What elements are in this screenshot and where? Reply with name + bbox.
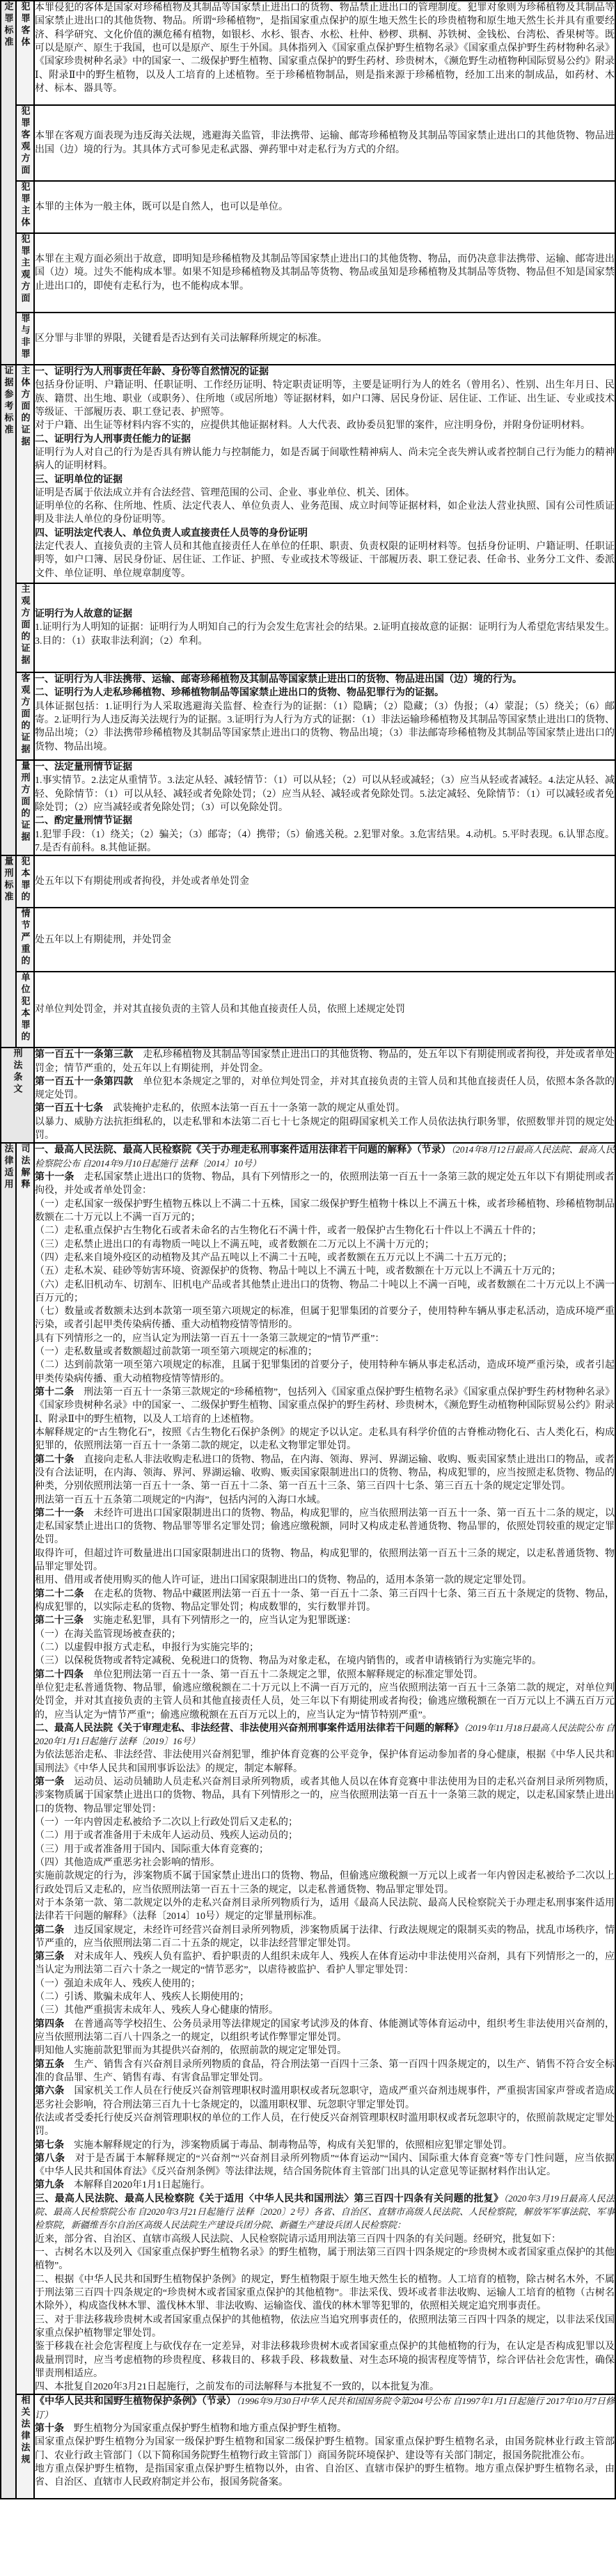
paragraph: 三、对于非法移栽珍贵树木或者国家重点保护的其他植物，依法应当追究刑事责任的，依照… (35, 2314, 615, 2341)
doc-table: 定罪标准犯罪客体本罪侵犯的客体是国家对珍稀植物及其制品等国家禁止进出口的货物、物… (0, 0, 616, 2499)
text-run: 本解释自2020年1月1日起施行。 (64, 2180, 210, 2190)
text-run: 生产、销售含有兴奋剂目录所列物质的食品，符合刑法第一百四十三条、第一百四十四条规… (35, 2060, 615, 2083)
text-run: （五）走私木炭、硅砂等妨害环境、资源保护的货物、物品十吨以上不满五十吨，或者数额… (35, 1266, 561, 1277)
table-row: 量刑方面的证据一、法定量刑情节证据1.事实情节。2.法定从重情节。3.法定从轻、… (1, 760, 615, 855)
paragraph: 具有下列情形之一的，应当认定为刑法第一百五十一条第三款规定的“情节严重”： (35, 1332, 615, 1345)
paragraph: 以暴力、威胁方法抗拒缉私的，以走私罪和本法第二百七十七条规定的阻碍国家机关工作人… (35, 1116, 615, 1143)
paragraph: （一）强迫未成年人、残疾人使用的； (35, 1977, 615, 1991)
table-row: 主观方面的证据证明行为人故意的证据1.证明行为人明知的证据：证明行为人明知自己的… (1, 583, 615, 672)
paragraph: 依法或者受委托行使反兴奋剂管理职权的单位的工作人员，在行使反兴奋剂管理职权时滥用… (35, 2112, 615, 2139)
paragraph: 第十条 野生植物分为国家重点保护野生植物和地方重点保护野生植物。 (35, 2422, 615, 2435)
row-content: 一、证明行为人刑事责任年龄、身份等自然情况的证据包括身份证明、户籍证明、任职证明… (34, 365, 615, 583)
text-run: 具体证据包括：1.证明行为人采取逃避海关监督、检查行为的证据：（1）隐瞒；（2）… (35, 702, 615, 752)
text-run: 国家机关工作人员在行使反兴奋剂管理职权时滥用职权或者玩忽职守，造成严重兴奋剂违规… (35, 2086, 615, 2110)
paragraph: 证明单位的名称、住所地、性质、法定代表人、单位负责人、业务范围、成立时间等证据材… (35, 500, 615, 527)
paragraph: 第二十四条 单位犯刑法第一百五十一条、第一百五十二条规定之罪，依照本解释规定的标… (35, 1668, 615, 1682)
text-run: 第一百五十一条第三款 (35, 1050, 133, 1060)
text-run: （六）走私旧机动车、切割车、旧机电产品或者其他禁止进出口的货物、物品二十吨以上不… (35, 1280, 615, 1304)
text-run: 取得许可，但超过许可数量进出口国家限制进出口的货物、物品，构成犯罪的，依照刑法第… (35, 1549, 615, 1572)
subcategory-label-text: 相关法律法规 (21, 2395, 30, 2466)
paragraph: （四）走私来自境外疫区的动植物及其产品五吨以上不满二十五吨，或者数额在五万元以上… (35, 1251, 615, 1265)
row-content: 第一百五十一条第三款 走私珍稀植物及其制品等国家禁止进出口的其他货物、物品的，处… (34, 1048, 615, 1143)
paragraph: 证明是否属于依法成立并有合法经营、管理范围的公司、企业、事业单位、机关、团体。 (35, 487, 615, 500)
row-content: 区分罪与非罪的界限，关键看是否达到有关司法解释所规定的标准。 (34, 313, 615, 365)
paragraph: 1.证明行为人明知的证据：证明行为人明知自己的行为会发生危害社会的结果。2.证明… (35, 621, 615, 648)
paragraph: 本罪在主观方面必须出于故意，即明知是珍稀植物及其制品等国家禁止进出口的其他货物、… (35, 253, 615, 293)
paragraph: （一）走私国家一级保护野生植物五株以上不满二十五株，国家二级保护野生植物十株以上… (35, 1198, 615, 1225)
subcategory-label-text: 主体方面的证据 (21, 365, 30, 448)
text-run: （三）用于或者准备用于国内、国际重大体育竞赛的； (35, 1844, 269, 1855)
text-run: 第二条 (35, 1925, 64, 1936)
paragraph: （二）走私重点保护古生物化石或者未命名的古生物化石不满十件，或者一般保护古生物化… (35, 1224, 615, 1238)
subcategory-label: 司法解释 (16, 1143, 34, 2394)
text-run: 一、最高人民法院、最高人民检察院《关于办理走私刑事案件适用法律若干问题的解释》（… (35, 1145, 451, 1155)
paragraph: 一、证明行为人非法携带、运输、邮寄珍稀植物及其制品等国家禁止进出口的货物、物品进… (35, 673, 615, 686)
text-run: 第十条 (35, 2424, 64, 2434)
text-run: 对单位判处罚金，并对其直接负责的主管人员和其他直接责任人员，依照上述规定处罚 (35, 1004, 405, 1015)
paragraph: 实施前款规定的行为，涉案物质不属于国家禁止进出口的货物、物品，但偷逃应缴税额一万… (35, 1870, 615, 1897)
text-run: 《中华人民共和国野生植物保护条例》（节录） (35, 2396, 236, 2407)
text-run: 三、最高人民法院、最高人民检察院《关于适用〈中华人民共和国刑法〉第三百四十四条有… (35, 2194, 503, 2204)
paragraph: 第二十一条 未经许可进出口国家限制进出口的货物、物品，构成犯罪的，应当依照刑法第… (35, 1507, 615, 1547)
text-run: 第三条 (35, 1952, 64, 1962)
paragraph: 四、本批复自2020年3月21日起施行，之前发布的司法解释与本批复不一致的，以本… (35, 2380, 615, 2394)
table-row: 罪与非罪区分罪与非罪的界限，关键看是否达到有关司法解释所规定的标准。 (1, 313, 615, 365)
row-content: 处五年以下有期徒刑或者拘役，并处或者单处罚金 (34, 855, 615, 908)
paragraph: 1.事实情节。2.法定从重情节。3.法定从轻、减轻情节：（1）可以从轻；（2）可… (35, 774, 615, 814)
row-content: 处五年以上有期徒刑，并处罚金 (34, 908, 615, 972)
paragraph: 处五年以下有期徒刑或者拘役，并处或者单处罚金 (35, 875, 615, 888)
text-run: 具有下列情形之一的，应当认定为刑法第一百五十一条第三款规定的“情节严重”： (35, 1334, 384, 1344)
text-run: 证明行为人对自己的行为是否具有辨认能力与控制能力，如是否属于间歇性精神病人、尚未… (35, 448, 615, 471)
paragraph: 第二十三条 实施走私犯罪，具有下列情形之一的，应当认定为犯罪既遂： (35, 1614, 615, 1627)
row-content: 本罪在客观方面表现为违反海关法规，逃避海关监管，非法携带、运输、邮寄珍稀植物及其… (34, 105, 615, 181)
text-run: （一）走私数量或者数额超过前款第一项至第六项规定的标准的； (35, 1347, 317, 1357)
text-run: 依法或者受委托行使反兴奋剂管理职权的单位的工作人员，在行使反兴奋剂管理职权时滥用… (35, 2113, 615, 2137)
paragraph: （一）在海关监管现场被查获的； (35, 1628, 615, 1641)
paragraph: 二、证明行为人走私珍稀植物、珍稀植物制品等国家禁止进出口的货物、物品犯罪行为的证… (35, 686, 615, 700)
text-run: 本罪的主体为一般主体，既可以是自然人，也可以是单位。 (35, 202, 288, 212)
paragraph: （三）走私禁止进出口的有毒物质一吨以上不满五吨，或者数额在二万元以上不满十万元的… (35, 1238, 615, 1251)
paragraph: 一、法定量刑情节证据 (35, 761, 615, 774)
subcategory-label: 犯罪客体 (16, 1, 34, 105)
paragraph: 地方重点保护野生植物，是指国家重点保护野生植物以外，由省、自治区、直辖市保护的野… (35, 2463, 615, 2490)
paragraph: 二、酌定量刑情节证据 (35, 814, 615, 828)
paragraph: 第八条 对于是否属于本解释规定的“兴奋剂”“兴奋剂目录所列物质”“体育运动”“国… (35, 2152, 615, 2179)
paragraph: （二）用于或者准备用于未成年人运动员、残疾人运动员的； (35, 1829, 615, 1842)
table-row: 犯罪客观方面本罪在客观方面表现为违反海关法规，逃避海关监管，非法携带、运输、邮寄… (1, 105, 615, 181)
table-row: 法律适用司法解释一、最高人民法院、最高人民检察院《关于办理走私刑事案件适用法律若… (1, 1143, 615, 2394)
text-run: 刑法第一百五十一条第三款规定的“珍稀植物”，包括列入《国家重点保护野生植物名录》… (35, 1387, 615, 1425)
text-run: （二）走私重点保护古生物化石或者未命名的古生物化石不满十件，或者一般保护古生物化… (35, 1226, 542, 1236)
text-run: 运动员、运动员辅助人员走私兴奋剂目录所列物质，或者其他人员以在体育竞赛中非法使用… (35, 1777, 615, 1815)
paragraph: 单位犯走私普通货物、物品罪，偷逃应缴税额在二十万元以上不满一百万元的，应当依照刑… (35, 1682, 615, 1722)
table-row: 客观方面的证据一、证明行为人非法携带、运输、邮寄珍稀植物及其制品等国家禁止进出口… (1, 672, 615, 760)
table-row: 量刑标准犯本罪的处五年以下有期徒刑或者拘役，并处或者单处罚金 (1, 855, 615, 908)
text-run: 以暴力、威胁方法抗拒缉私的，以走私罪和本法第二百七十七条规定的阻碍国家机关工作人… (35, 1117, 615, 1141)
paragraph: （四）其他造成严重恶劣社会影响的情形。 (35, 1856, 615, 1870)
text-run: 第六条 (35, 2086, 64, 2096)
subcategory-label: 单位犯本罪的 (16, 972, 34, 1048)
text-run: 走私国家禁止进出口的货物、物品，具有下列情形之一的，依照刑法第一百五十一条第三款… (35, 1172, 615, 1196)
paragraph: 1.犯罪手段：（1）绕关；（2）骗关；（3）邮寄；（4）携带；（5）偷逃关税。2… (35, 828, 615, 855)
text-run: 1.证明行为人明知的证据：证明行为人明知自己的行为会发生危害社会的结果。2.证明… (35, 622, 615, 646)
paragraph: 二、证明行为人刑事责任能力的证据 (35, 433, 615, 446)
text-run: 对于户籍、出生证等材料内容不实的，应提供其他证据材料。人大代表、政协委员犯罪的案… (35, 420, 590, 431)
text-run: 第七条 (35, 2140, 64, 2151)
text-run: 对未成年人、残疾人负有监护、看护职责的人组织未成年人、残疾人在体育运动中非法使用… (35, 1952, 615, 1975)
text-run: 明知他人实施前款犯罪而为其提供兴奋剂的，依照前款的规定定罪处罚。 (35, 2046, 347, 2056)
paragraph: 明知他人实施前款犯罪而为其提供兴奋剂的，依照前款的规定定罪处罚。 (35, 2044, 615, 2057)
text-run: 违反国家规定，未经许可经营兴奋剂目录所列物质，涉案物质属于法律、行政法规规定的限… (35, 1925, 615, 1949)
paragraph: 三、证明单位的证据 (35, 473, 615, 487)
paragraph: 第六条 国家机关工作人员在行使反兴奋剂管理职权时滥用职权或者玩忽职守，造成严重兴… (35, 2085, 615, 2112)
paragraph: 第三条 对未成年人、残疾人负有监护、看护职责的人组织未成年人、残疾人在体育运动中… (35, 1950, 615, 1977)
text-run: 一、古树名木以及列入《国家重点保护野生植物名录》的野生植物，属于刑法第三百四十四… (35, 2247, 615, 2271)
text-run: 第十二条 (35, 1387, 74, 1398)
text-run: 实施走私犯罪，具有下列情形之一的，应当认定为犯罪既遂： (84, 1615, 356, 1626)
text-run: 包括身份证明、户籍证明、任职证明、工作经历证明、特定职责证明等，主要是证明行为人… (35, 380, 615, 418)
subcategory-label-text: 单位犯本罪的 (21, 972, 30, 1043)
text-run: 直接向走私人非法收购走私进口的货物、物品，在内海、领海、界河、界湖运输、收购、贩… (35, 1455, 615, 1492)
text-run: （三）其他严重损害未成年人、残疾人身心健康的情形。 (35, 2005, 278, 2016)
text-run: 第二十条 (35, 1455, 74, 1465)
text-run: 第二十四条 (35, 1670, 84, 1680)
text-run: 在走私的货物、物品中藏匿刑法第一百五十一条、第一百五十二条、第三百四十七条、第三… (35, 1589, 615, 1613)
subcategory-label-text: 司法解释 (21, 1144, 30, 1191)
text-run: 实施前款规定的行为，涉案物质不属于国家禁止进出口的货物、物品，但偷逃应缴税额一万… (35, 1871, 615, 1895)
subcategory-label: 主观方面的证据 (16, 583, 34, 672)
text-run: 鉴于移栽在社会危害程度上与砍伐存在一定差异，对非法移栽珍贵树木或者国家重点保护的… (35, 2341, 615, 2379)
text-run: 刑法第一百五十五条第二项规定的“内海”，包括内河的入海口水域。 (35, 1495, 326, 1506)
paragraph: 《中华人民共和国野生植物保护条例》（节录）（1996年9月30日中华人民共和国国… (35, 2395, 615, 2422)
table-row: 证据参考标准主体方面的证据一、证明行为人刑事责任年龄、身份等自然情况的证据包括身… (1, 365, 615, 583)
paragraph: 具体证据包括：1.证明行为人采取逃避海关监督、检查行为的证据：（1）隐瞒；（2）… (35, 700, 615, 754)
category-label-text: 量刑标准 (4, 856, 13, 903)
text-run: 二、证明行为人走私珍稀植物、珍稀植物制品等国家禁止进出口的货物、物品犯罪行为的证… (35, 688, 444, 698)
subcategory-label: 主体方面的证据 (16, 365, 34, 583)
paragraph: 处五年以上有期徒刑，并处罚金 (35, 933, 615, 947)
paragraph: （一）一年内曾因走私被给予二次以上行政处罚后又走私的； (35, 1816, 615, 1829)
category-label-text: 刑法条文 (13, 1048, 22, 1096)
text-run: 处五年以下有期徒刑或者拘役，并处或者单处罚金 (35, 876, 249, 887)
text-run: （一）在海关监管现场被查获的； (35, 1629, 181, 1640)
category-label: 刑法条文 (1, 1048, 34, 1143)
text-run: 对于本条第一款、第二款规定以外的走私兴奋剂目录所列物质行为，适用《最高人民法院、… (35, 1898, 615, 1922)
text-run: 二、最高人民法院《关于审理走私、非法经营、非法使用兴奋剂刑事案件适用法律若干问题… (35, 1723, 464, 1734)
text-run: 实施本解释规定的行为，涉案物质属于毒品、制毒物品等，构成有关犯罪的，依照相应犯罪… (64, 2140, 512, 2151)
category-label-text: 定罪标准 (4, 1, 13, 49)
subcategory-label: 犯罪主观方面 (16, 233, 34, 313)
text-run: 二、证明行为人刑事责任能力的证据 (35, 434, 191, 445)
paragraph: （七）数量或者数额未达到本款第一项至第六项规定的标准，但属于犯罪集团的首要分子，… (35, 1305, 615, 1332)
text-run: 1.犯罪手段：（1）绕关；（2）骗关；（3）邮寄；（4）携带；（5）偷逃关税。2… (35, 830, 615, 853)
text-run: 野生植物分为国家重点保护野生植物和地方重点保护野生植物。 (64, 2424, 347, 2434)
paragraph: 第一百五十七条 武装掩护走私的，依照本法第一百五十一条第一款的规定从重处罚。 (35, 1102, 615, 1115)
row-content: 一、证明行为人非法携带、运输、邮寄珍稀植物及其制品等国家禁止进出口的货物、物品进… (34, 672, 615, 760)
text-run: 处五年以上有期徒刑，并处罚金 (35, 935, 171, 945)
row-content: 本罪在主观方面必须出于故意，即明知是珍稀植物及其制品等国家禁止进出口的其他货物、… (34, 233, 615, 313)
paragraph: 第七条 实施本解释规定的行为，涉案物质属于毒品、制毒物品等，构成有关犯罪的，依照… (35, 2139, 615, 2152)
paragraph: 第二十条 直接向走私人非法收购走私进口的货物、物品，在内海、领海、界河、界湖运输… (35, 1453, 615, 1494)
paragraph: 对于本条第一款、第二款规定以外的走私兴奋剂目录所列物质行为，适用《最高人民法院、… (35, 1897, 615, 1924)
paragraph: 国家重点保护野生植物分为国家一级保护野生植物和国家二级保护野生植物。国家重点保护… (35, 2435, 615, 2463)
category-label-text: 法律适用 (4, 1144, 13, 1191)
table-row: 犯罪主体本罪的主体为一般主体，既可以是自然人，也可以是单位。 (1, 181, 615, 233)
paragraph: 租用、借用或者使用购买的他人许可证，进出口国家限制进出口的货物、物品的，适用本条… (35, 1574, 615, 1587)
paragraph: （五）走私木炭、硅砂等妨害环境、资源保护的货物、物品十吨以上不满五十吨，或者数额… (35, 1265, 615, 1278)
category-label: 证据参考标准 (1, 365, 16, 855)
paragraph: 三、最高人民法院、最高人民检察院《关于适用〈中华人民共和国刑法〉第三百四十四条有… (35, 2192, 615, 2233)
row-content: 对单位判处罚金，并对其直接负责的主管人员和其他直接责任人员，依照上述规定处罚 (34, 972, 615, 1048)
text-run: （三）以保税货物或者特定减税、免税进口的货物、物品为对象走私，在境内销售的，或者… (35, 1656, 542, 1666)
category-label: 法律适用 (1, 1143, 16, 2499)
paragraph: 证明行为人故意的证据 (35, 608, 615, 621)
text-run: 为依法惩治走私、非法经营、非法使用兴奋剂犯罪，维护体育竞赛的公平竞争，保护体育运… (35, 1750, 615, 1773)
paragraph: 二、最高人民法院《关于审理走私、非法经营、非法使用兴奋剂刑事案件适用法律若干问题… (35, 1722, 615, 1749)
text-run: 区分罪与非罪的界限，关键看是否达到有关司法解释所规定的标准。 (35, 333, 327, 344)
paragraph: 证明行为人对自己的行为是否具有辨认能力与控制能力，如是否属于间歇性精神病人、尚未… (35, 446, 615, 473)
paragraph: （二）以虚假申报方式走私，申报行为实施完毕的； (35, 1641, 615, 1654)
subcategory-label-text: 主观方面的证据 (21, 584, 30, 667)
text-run: （四）走私来自境外疫区的动植物及其产品五吨以上不满二十五吨，或者数额在五万元以上… (35, 1253, 512, 1263)
text-run: 第十一条 (35, 1172, 74, 1183)
paragraph: （三）其他严重损害未成年人、残疾人身心健康的情形。 (35, 2004, 615, 2017)
subcategory-label-text: 客观方面的证据 (21, 673, 30, 756)
paragraph: 包括身份证明、户籍证明、任职证明、工作经历证明、特定职责证明等，主要是证明行为人… (35, 379, 615, 419)
paragraph: 一、古树名木以及列入《国家重点保护野生植物名录》的野生植物，属于刑法第三百四十四… (35, 2246, 615, 2273)
text-run: 单位犯刑法第一百五十一条、第一百五十二条规定之罪，依照本解释规定的标准定罪处罚。 (84, 1670, 483, 1680)
subcategory-label-text: 犯本罪的 (21, 856, 30, 903)
paragraph: 对单位判处罚金，并对其直接负责的主管人员和其他直接责任人员，依照上述规定处罚 (35, 1003, 615, 1016)
paragraph: 本罪的主体为一般主体，既可以是自然人，也可以是单位。 (35, 200, 615, 214)
subcategory-label: 客观方面的证据 (16, 672, 34, 760)
paragraph: （二）达到前款第一项至第六项规定的标准，且属于犯罪集团的首要分子，使用特种车辆从… (35, 1359, 615, 1386)
subcategory-label-text: 罪与非罪 (21, 313, 30, 361)
paragraph: 二、根据《中华人民共和国野生植物保护条例》的规定，野生植物限于原生地天然生长的植… (35, 2273, 615, 2314)
category-label-text: 证据参考标准 (4, 365, 13, 436)
text-run: 第八条 (35, 2154, 65, 2164)
paragraph: 近来，部分省、自治区、直辖市高级人民法院、人民检察院请示适用刑法第三百四十四条的… (35, 2233, 615, 2246)
category-label: 定罪标准 (1, 1, 16, 365)
subcategory-label: 犯本罪的 (16, 855, 34, 908)
text-run: 第五条 (35, 2060, 64, 2070)
paragraph: 第十二条 刑法第一百五十一条第三款规定的“珍稀植物”，包括列入《国家重点保护野生… (35, 1386, 615, 1426)
paragraph: 第二十二条 在走私的货物、物品中藏匿刑法第一百五十一条、第一百五十二条、第三百四… (35, 1588, 615, 1615)
paragraph: 第一条 运动员、运动员辅助人员走私兴奋剂目录所列物质，或者其他人员以在体育竞赛中… (35, 1776, 615, 1816)
text-run: 未经许可进出口国家限制进出口的货物、物品，构成犯罪的，应当依照刑法第一百五十一条… (35, 1508, 615, 1546)
text-run: （一）一年内曾因走私被给予二次以上行政处罚后又走私的； (35, 1817, 298, 1828)
text-run: （四）其他造成严重恶劣社会影响的情形。 (35, 1858, 220, 1868)
text-run: 证明是否属于依法成立并有合法经营、管理范围的公司、企业、事业单位、机关、团体。 (35, 488, 415, 498)
text-run: 法定代表人、直接负责的主管人员和其他直接责任人在单位的任职、职责、负责权限的证明… (35, 542, 615, 579)
subcategory-label: 罪与非罪 (16, 313, 34, 365)
subcategory-label: 相关法律法规 (16, 2394, 34, 2499)
row-content: 《中华人民共和国野生植物保护条例》（节录）（1996年9月30日中华人民共和国国… (34, 2394, 615, 2499)
text-run: 第二十一条 (35, 1508, 84, 1519)
paragraph: （六）走私旧机动车、切割车、旧机电产品或者其他禁止进出口的货物、物品二十吨以上不… (35, 1279, 615, 1306)
subcategory-label-text: 情节严重的 (21, 908, 30, 967)
paragraph: 第五条 生产、销售含有兴奋剂目录所列物质的食品，符合刑法第一百四十三条、第一百四… (35, 2058, 615, 2085)
subcategory-label-text: 犯罪主体 (21, 182, 30, 229)
row-content: 一、最高人民法院、最高人民检察院《关于办理走私刑事案件适用法律若干问题的解释》（… (34, 1143, 615, 2394)
text-run: 三、对于非法移栽珍贵树木或者国家重点保护的其他植物，依法应当追究刑事责任的，依照… (35, 2315, 615, 2339)
text-run: 一、证明行为人非法携带、运输、邮寄珍稀植物及其制品等国家禁止进出口的货物、物品进… (35, 674, 522, 685)
row-content: 本罪的主体为一般主体，既可以是自然人，也可以是单位。 (34, 181, 615, 233)
subcategory-label: 情节严重的 (16, 908, 34, 972)
table-row: 单位犯本罪的对单位判处罚金，并对其直接负责的主管人员和其他直接责任人员，依照上述… (1, 972, 615, 1048)
text-run: 第二十二条 (35, 1589, 84, 1599)
text-run: （一）走私国家一级保护野生植物五株以上不满二十五株，国家二级保护野生植物十株以上… (35, 1199, 615, 1223)
subcategory-label-text: 犯罪客体 (21, 1, 30, 49)
text-run: 四、证明法定代表人、单位负责人或直接责任人员等的身份证明 (35, 528, 308, 539)
text-run: 地方重点保护野生植物，是指国家重点保护野生植物以外，由省、自治区、直辖市保护的野… (35, 2464, 615, 2488)
text-run: 第二十三条 (35, 1615, 84, 1626)
text-run: （二）用于或者准备用于未成年人运动员、残疾人运动员的； (35, 1831, 298, 1841)
paragraph: 对于户籍、出生证等材料内容不实的，应提供其他证据材料。人大代表、政协委员犯罪的案… (35, 419, 615, 432)
paragraph: （三）用于或者准备用于国内、国际重大体育竞赛的； (35, 1843, 615, 1856)
row-content: 本罪侵犯的客体是国家对珍稀植物及其制品等国家禁止进出口的货物、物品禁止进出口的管… (34, 1, 615, 105)
text-run: 本罪在主观方面必须出于故意，即明知是珍稀植物及其制品等国家禁止进出口的其他货物、… (35, 254, 615, 292)
paragraph: 一、最高人民法院、最高人民检察院《关于办理走私刑事案件适用法律若干问题的解释》（… (35, 1144, 615, 1171)
paragraph: 第一百五十一条第四款 单位犯本条规定之罪的，对单位判处罚金，并对其直接负责的主管… (35, 1075, 615, 1103)
subcategory-label: 犯罪客观方面 (16, 105, 34, 181)
text-run: 租用、借用或者使用购买的他人许可证，进出口国家限制进出口的货物、物品的，适用本条… (35, 1575, 532, 1586)
text-run: 四、本批复自2020年3月21日起施行，之前发布的司法解释与本批复不一致的，以本… (35, 2382, 439, 2392)
text-run: 一、法定量刑情节证据 (35, 762, 132, 773)
text-run: 证明单位的名称、住所地、性质、法定代表人、单位负责人、业务范围、成立时间等证据材… (35, 501, 615, 525)
table-row: 定罪标准犯罪客体本罪侵犯的客体是国家对珍稀植物及其制品等国家禁止进出口的货物、物… (1, 1, 615, 105)
text-run: 一、证明行为人刑事责任年龄、身份等自然情况的证据 (35, 367, 269, 377)
subcategory-label-text: 犯罪客观方面 (21, 106, 30, 177)
table-row: 相关法律法规《中华人民共和国野生植物保护条例》（节录）（1996年9月30日中华… (1, 2394, 615, 2499)
paragraph: 刑法第一百五十五条第二项规定的“内海”，包括内河的入海口水域。 (35, 1494, 615, 1507)
text-run: 本解释规定的“古生物化石”，按照《古生物化石保护条例》的规定予以认定。走私具有科… (35, 1428, 615, 1451)
subcategory-label-text: 量刑方面的证据 (21, 761, 30, 844)
paragraph: 第四条 在普通高等学校招生、公务员录用等法律规定的国家考试涉及的体育、体能测试等… (35, 2018, 615, 2045)
text-run: 国家重点保护野生植物分为国家一级保护野生植物和国家二级保护野生植物。国家重点保护… (35, 2437, 615, 2460)
paragraph: （一）走私数量或者数额超过前款第一项至第六项规定的标准的； (35, 1345, 615, 1359)
paragraph: 一、证明行为人刑事责任年龄、身份等自然情况的证据 (35, 365, 615, 379)
paragraph: 区分罪与非罪的界限，关键看是否达到有关司法解释所规定的标准。 (35, 332, 615, 345)
paragraph: 本解释规定的“古生物化石”，按照《古生物化石保护条例》的规定予以认定。走私具有科… (35, 1426, 615, 1453)
text-run: 近来，部分省、自治区、直辖市高级人民法院、人民检察院请示适用刑法第三百四十四条的… (35, 2234, 561, 2245)
text-run: （二）以虚假申报方式走私，申报行为实施完毕的； (35, 1643, 259, 1653)
text-run: 第一条 (35, 1777, 64, 1787)
paragraph: 鉴于移栽在社会危害程度上与砍伐存在一定差异，对非法移栽珍贵树木或者国家重点保护的… (35, 2340, 615, 2380)
paragraph: 第一百五十一条第三款 走私珍稀植物及其制品等国家禁止进出口的其他货物、物品的，处… (35, 1048, 615, 1075)
text-run: 第一百五十一条第四款 (35, 1077, 133, 1087)
text-run: 二、酌定量刑情节证据 (35, 816, 132, 826)
text-run: 本罪侵犯的客体是国家对珍稀植物及其制品等国家禁止进出口的货物、物品禁止进出口的管… (35, 3, 615, 94)
paragraph: 第十一条 走私国家禁止进出口的货物、物品，具有下列情形之一的，依照刑法第一百五十… (35, 1171, 615, 1198)
paragraph: 本罪侵犯的客体是国家对珍稀植物及其制品等国家禁止进出口的货物、物品禁止进出口的管… (35, 1, 615, 95)
text-run: （二）引诱、欺骗未成年人、残疾人长期使用的； (35, 1992, 249, 2002)
subcategory-label: 量刑方面的证据 (16, 760, 34, 855)
document-page: 定罪标准犯罪客体本罪侵犯的客体是国家对珍稀植物及其制品等国家禁止进出口的货物、物… (0, 0, 616, 2499)
paragraph: 本罪在客观方面表现为违反海关法规，逃避海关监管，非法携带、运输、邮寄珍稀植物及其… (35, 129, 615, 157)
paragraph: 法定代表人、直接负责的主管人员和其他直接责任人在单位的任职、职责、负责权限的证明… (35, 540, 615, 580)
text-run: （一）强迫未成年人、残疾人使用的； (35, 1979, 200, 1989)
row-content: 一、法定量刑情节证据1.事实情节。2.法定从重情节。3.法定从轻、减轻情节：（1… (34, 760, 615, 855)
paragraph: 四、证明法定代表人、单位负责人或直接责任人员等的身份证明 (35, 527, 615, 540)
paragraph: 第九条 本解释自2020年1月1日起施行。 (35, 2179, 615, 2192)
text-run: 本罪在客观方面表现为违反海关法规，逃避海关监管，非法携带、运输、邮寄珍稀植物及其… (35, 131, 615, 155)
subcategory-label-text: 犯罪主观方面 (21, 234, 30, 305)
subcategory-label: 犯罪主体 (16, 181, 34, 233)
text-run: 对于是否属于本解释规定的“兴奋剂”“兴奋剂目录所列物质”“体育运动”“国内、国际… (35, 2154, 615, 2177)
text-run: 在普通高等学校招生、公务员录用等法律规定的国家考试涉及的体育、体能测试等体育运动… (35, 2019, 615, 2043)
table-row: 刑法条文第一百五十一条第三款 走私珍稀植物及其制品等国家禁止进出口的其他货物、物… (1, 1048, 615, 1143)
table-row: 情节严重的处五年以上有期徒刑，并处罚金 (1, 908, 615, 972)
paragraph: 第二条 违反国家规定，未经许可经营兴奋剂目录所列物质，涉案物质属于法律、行政法规… (35, 1924, 615, 1951)
text-run: 单位犯走私普通货物、物品罪，偷逃应缴税额在二十万元以上不满一百万元的，应当依照刑… (35, 1683, 615, 1721)
text-run: 第一百五十七条 (35, 1103, 103, 1114)
text-run: 第九条 (35, 2180, 64, 2190)
text-run: （二）达到前款第一项至第六项规定的标准，且属于犯罪集团的首要分子，使用特种车辆从… (35, 1360, 615, 1384)
text-run: 第四条 (35, 2019, 64, 2030)
text-run: 三、证明单位的证据 (35, 475, 123, 485)
paragraph: （三）以保税货物或者特定减税、免税进口的货物、物品为对象走私，在境内销售的，或者… (35, 1654, 615, 1668)
row-content: 证明行为人故意的证据1.证明行为人明知的证据：证明行为人明知自己的行为会发生危害… (34, 583, 615, 672)
paragraph: （二）引诱、欺骗未成年人、残疾人长期使用的； (35, 1991, 615, 2004)
table-row: 犯罪主观方面本罪在主观方面必须出于故意，即明知是珍稀植物及其制品等国家禁止进出口… (1, 233, 615, 313)
text-run: 武装掩护走私的，依照本法第一百五十一条第一款的规定从重处罚。 (103, 1103, 405, 1114)
text-run: （三）走私禁止进出口的有毒物质一吨以上不满五吨，或者数额在二万元以上不满十万元的… (35, 1240, 434, 1250)
doc-table-body: 定罪标准犯罪客体本罪侵犯的客体是国家对珍稀植物及其制品等国家禁止进出口的货物、物… (1, 1, 615, 2499)
category-label: 量刑标准 (1, 855, 16, 1048)
text-run: 证明行为人故意的证据 (35, 609, 132, 619)
paragraph: 为依法惩治走私、非法经营、非法使用兴奋剂犯罪，维护体育竞赛的公平竞争，保护体育运… (35, 1748, 615, 1776)
text-run: 1.事实情节。2.法定从重情节。3.法定从轻、减轻情节：（1）可以从轻；（2）可… (35, 775, 615, 813)
paragraph: 取得许可，但超过许可数量进出口国家限制进出口的货物、物品，构成犯罪的，依照刑法第… (35, 1547, 615, 1574)
text-run: 二、根据《中华人民共和国野生植物保护条例》的规定，野生植物限于原生地天然生长的植… (35, 2275, 615, 2312)
text-run: （七）数量或者数额未达到本款第一项至第六项规定的标准，但属于犯罪集团的首要分子，… (35, 1306, 615, 1330)
